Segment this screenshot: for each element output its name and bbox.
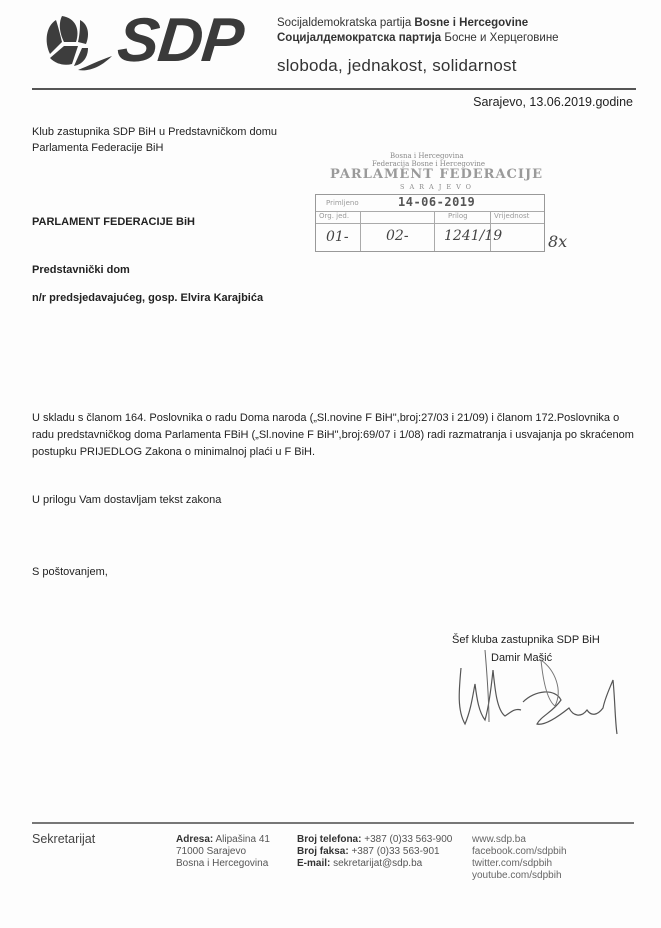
party-name-cyrillic: Социјалдемократска партија Босне и Херце… xyxy=(277,32,559,44)
stamp-col3-value: 1241/19 xyxy=(444,228,502,244)
address-line-3: Bosna i Hercegovina xyxy=(176,858,270,870)
paragraph-line-3: postupku PRIJEDLOG Zakona o minimalnoj p… xyxy=(32,444,642,461)
party-name-latin-bold: Bosne i Hercegovine xyxy=(414,17,528,29)
stamp-line-4: SARAJEVO xyxy=(400,183,476,191)
footer-contact: Broj telefona: +387 (0)33 563-900 Broj f… xyxy=(297,834,452,870)
closing-salutation: S poštovanjem, xyxy=(32,564,108,580)
phone-label: Broj telefona: xyxy=(297,834,361,845)
recipient-line-3: n/r predsjedavajućeg, gosp. Elvira Karaj… xyxy=(32,290,263,306)
youtube-link[interactable]: youtube.com/sdpbih xyxy=(472,870,567,882)
stamp-annotation: 8x xyxy=(548,232,567,251)
letter-date: Sarajevo, 13.06.2019.godine xyxy=(473,95,633,109)
stamp-col1-label: Org. jed. xyxy=(319,212,349,220)
party-name-cyrillic-regular: Босне и Херцеговине xyxy=(444,32,558,44)
body-paragraph: U skladu s članom 164. Poslovnika o radu… xyxy=(32,410,642,461)
fax-value: +387 (0)33 563-901 xyxy=(349,846,440,857)
footer-department: Sekretarijat xyxy=(32,833,95,845)
fax-label: Broj faksa: xyxy=(297,846,349,857)
stamp-line-3: PARLAMENT FEDERACIJE xyxy=(330,167,543,182)
handwritten-signature xyxy=(445,650,630,740)
paragraph-line-2: radu predstavničkog doma Parlamenta FBiH… xyxy=(32,427,642,444)
received-stamp: Bosna i Hercegovina Federacija Bosne i H… xyxy=(310,152,550,257)
sdp-logo: SDP xyxy=(42,12,232,74)
stamp-col2-value: 02- xyxy=(386,228,409,244)
stamp-col1-value: 01- xyxy=(326,229,349,245)
header-divider xyxy=(32,88,636,90)
party-name-latin-regular: Socijaldemokratska partija xyxy=(277,17,414,29)
footer-web-links: www.sdp.ba facebook.com/sdpbih twitter.c… xyxy=(472,834,567,882)
address-label: Adresa: xyxy=(176,834,213,845)
logo-wordmark: SDP xyxy=(114,6,246,76)
email-label: E-mail: xyxy=(297,858,330,869)
stamp-received-row: Primljeno 14-06-2019 xyxy=(316,195,544,212)
address-line-1: Alipašina 41 xyxy=(213,834,270,845)
party-name-cyrillic-bold: Социјалдемократска партија xyxy=(277,32,444,44)
attachment-note: U prilogu Vam dostavljam tekst zakona xyxy=(32,492,221,508)
stamp-col4-label: Vrijednost xyxy=(494,212,529,220)
recipient-line-2: Predstavnički dom xyxy=(32,262,130,278)
website-link[interactable]: www.sdp.ba xyxy=(472,834,567,846)
facebook-link[interactable]: facebook.com/sdpbih xyxy=(472,846,567,858)
twitter-link[interactable]: twitter.com/sdpbih xyxy=(472,858,567,870)
email-link[interactable]: sekretarijat@sdp.ba xyxy=(330,858,422,869)
party-motto: sloboda, jednakost, solidarnost xyxy=(277,56,517,76)
footer-divider xyxy=(32,822,634,824)
stamp-table: Primljeno 14-06-2019 Org. jed. Prilog Vr… xyxy=(315,194,545,252)
stamp-received-label: Primljeno xyxy=(326,199,359,207)
sender-line-1: Klub zastupnika SDP BiH u Predstavničkom… xyxy=(32,124,372,140)
stamp-col3-label: Prilog xyxy=(448,212,468,220)
stamp-received-date: 14-06-2019 xyxy=(398,195,475,209)
stamp-line-1: Bosna i Hercegovina xyxy=(390,152,464,160)
party-name-latin: Socijaldemokratska partija Bosne i Herce… xyxy=(277,17,528,29)
paragraph-line-1: U skladu s članom 164. Poslovnika o radu… xyxy=(32,410,642,427)
footer-address: Adresa: Alipašina 41 71000 Sarajevo Bosn… xyxy=(176,834,270,870)
recipient-line-1: PARLAMENT FEDERACIJE BiH xyxy=(32,214,195,230)
phone-value: +387 (0)33 563-900 xyxy=(361,834,452,845)
address-line-2: 71000 Sarajevo xyxy=(176,846,270,858)
signatory-title: Šef kluba zastupnika SDP BiH xyxy=(452,632,600,648)
stamp-header-row: Org. jed. Prilog Vrijednost xyxy=(316,211,544,224)
rose-leaves-icon xyxy=(42,12,114,74)
